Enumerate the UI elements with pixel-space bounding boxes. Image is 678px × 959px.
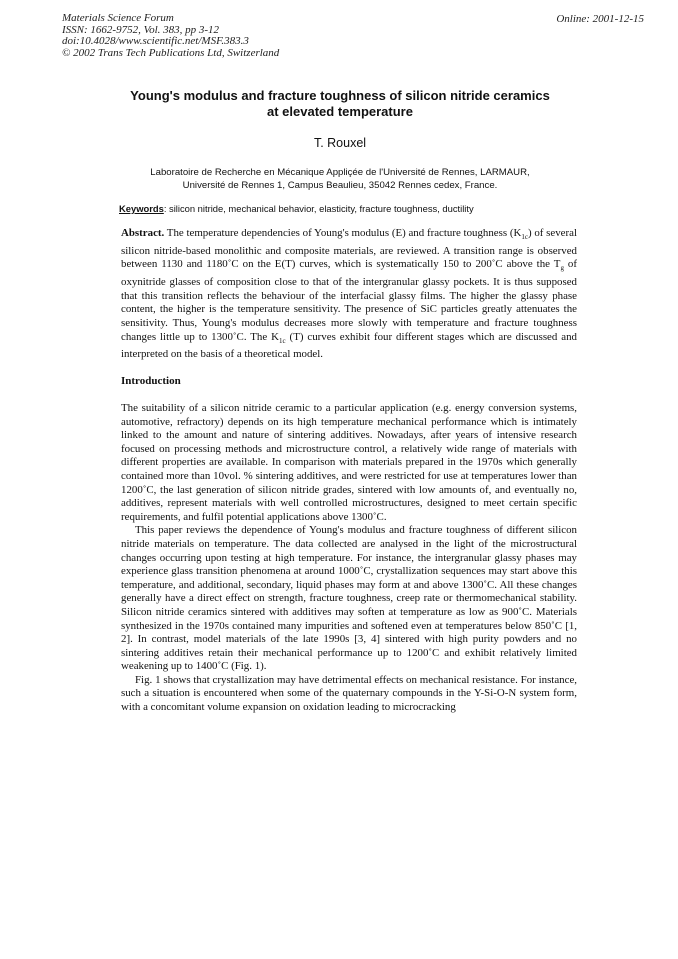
affiliation-line-1: Laboratoire de Recherche en Mécanique Ap… — [90, 166, 590, 179]
journal-doi: doi:10.4028/www.scientific.net/MSF.383.3 — [62, 36, 279, 48]
affiliation: Laboratoire de Recherche en Mécanique Ap… — [90, 166, 590, 192]
affiliation-line-2: Université de Rennes 1, Campus Beaulieu,… — [90, 179, 590, 192]
title-line-2: at elevated temperature — [90, 104, 590, 120]
paragraph: This paper reviews the dependence of You… — [121, 524, 577, 674]
subscript: 1c — [521, 233, 528, 241]
keywords: Keywords: silicon nitride, mechanical be… — [119, 203, 579, 214]
paragraph: Fig. 1 shows that crystallization may ha… — [121, 674, 577, 715]
abstract: Abstract. The temperature dependencies o… — [121, 227, 577, 362]
online-date: Online: 2001-12-15 — [556, 13, 644, 25]
abstract-text: The temperature dependencies of Young's … — [164, 227, 521, 239]
abstract-label: Abstract. — [121, 227, 164, 239]
introduction-body: The suitability of a silicon nitride cer… — [121, 402, 577, 715]
section-heading-introduction: Introduction — [121, 375, 181, 387]
paragraph: The suitability of a silicon nitride cer… — [121, 402, 577, 524]
title-line-1: Young's modulus and fracture toughness o… — [90, 88, 590, 104]
journal-copyright: © 2002 Trans Tech Publications Ltd, Swit… — [62, 48, 279, 60]
keywords-label: Keywords — [119, 203, 164, 214]
author: T. Rouxel — [90, 136, 590, 150]
keywords-list: : silicon nitride, mechanical behavior, … — [164, 203, 474, 214]
journal-info: Materials Science Forum ISSN: 1662-9752,… — [62, 13, 279, 59]
paper-title: Young's modulus and fracture toughness o… — [90, 88, 590, 120]
subscript: 1c — [279, 337, 286, 345]
journal-name: Materials Science Forum — [62, 13, 279, 25]
